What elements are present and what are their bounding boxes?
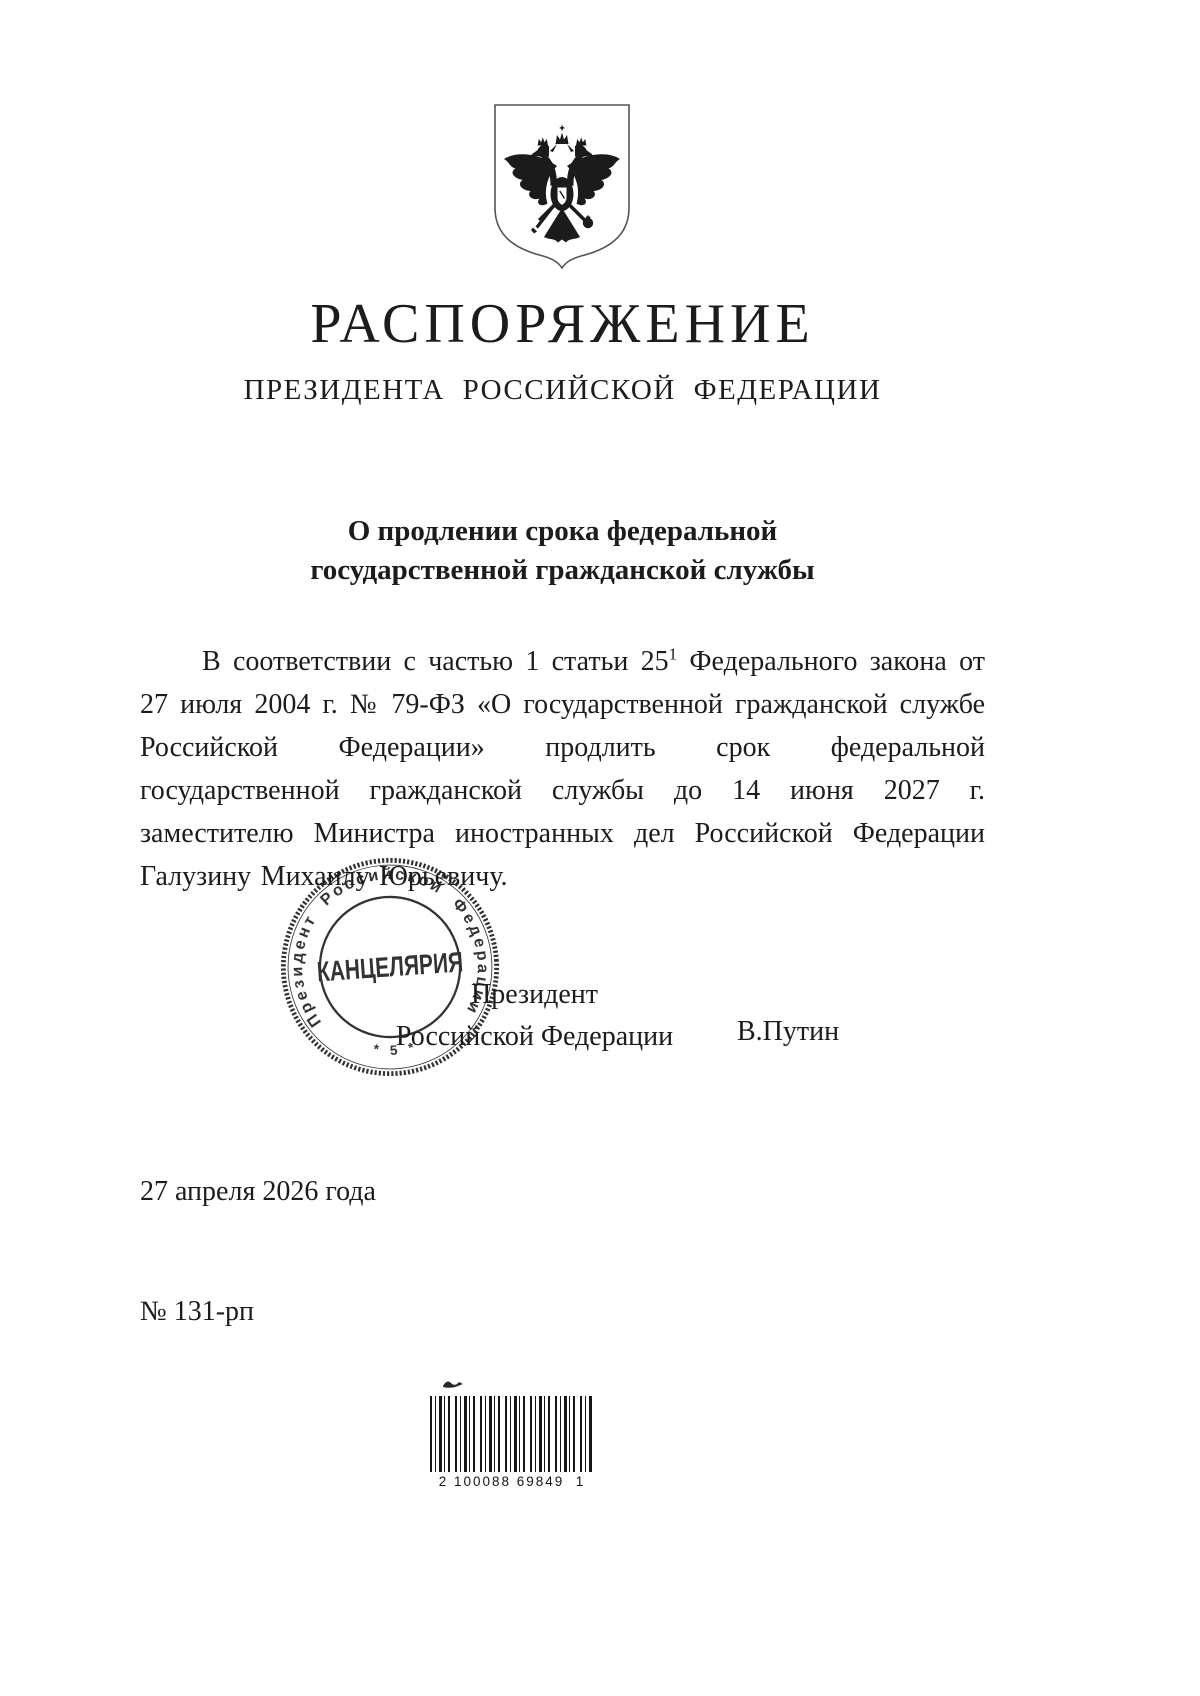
issue-date: 27 апреля 2026 года	[140, 1172, 376, 1212]
russia-coat-of-arms-icon	[487, 100, 637, 270]
subject-line-1: О продлении срока федеральной	[140, 512, 985, 551]
issue-number: № 131-рп	[140, 1292, 376, 1332]
article-superscript: 1	[669, 645, 678, 664]
barcode-number: 2 100088 69849 1	[430, 1474, 594, 1489]
stamp-ring-text: Президент Российской Федерации	[281, 858, 496, 1032]
body-paragraph: В соответствии с частью 1 статьи 251 Фед…	[140, 640, 985, 898]
issue-block: 27 апреля 2026 года № 131-рп	[140, 1092, 376, 1412]
body-text-rest: Федерального закона от 27 июля 2004 г. №…	[140, 646, 985, 892]
stamp-center-text: КАНЦЕЛЯРИЯ	[316, 945, 464, 987]
document-subject: О продлении срока федеральной государств…	[140, 512, 985, 590]
svg-text:Президент Российской Федерации: Президент Российской Федерации	[281, 858, 496, 1032]
svg-text:* 5 *: * 5 *	[371, 1038, 420, 1059]
chancellery-stamp: Президент Российской Федерации * 5 * КАН…	[275, 852, 505, 1082]
issuing-authority-line: ПРЕЗИДЕНТА РОССИЙСКОЙ ФЕДЕРАЦИИ	[90, 374, 1035, 407]
document-type-title: РАСПОРЯЖЕНИЕ	[140, 292, 985, 356]
signature-name: В.Путин	[737, 1016, 839, 1048]
body-text-start: В соответствии с частью 1 статьи 25	[202, 646, 669, 677]
ink-smudge	[440, 1376, 466, 1392]
barcode: 2 100088 69849 1	[430, 1396, 594, 1489]
document-page: РАСПОРЯЖЕНИЕ ПРЕЗИДЕНТА РОССИЙСКОЙ ФЕДЕР…	[0, 0, 1200, 1696]
barcode-bars	[430, 1396, 594, 1472]
subject-line-2: государственной гражданской службы	[140, 551, 985, 590]
stamp-bottom-text: * 5 *	[371, 1038, 420, 1059]
